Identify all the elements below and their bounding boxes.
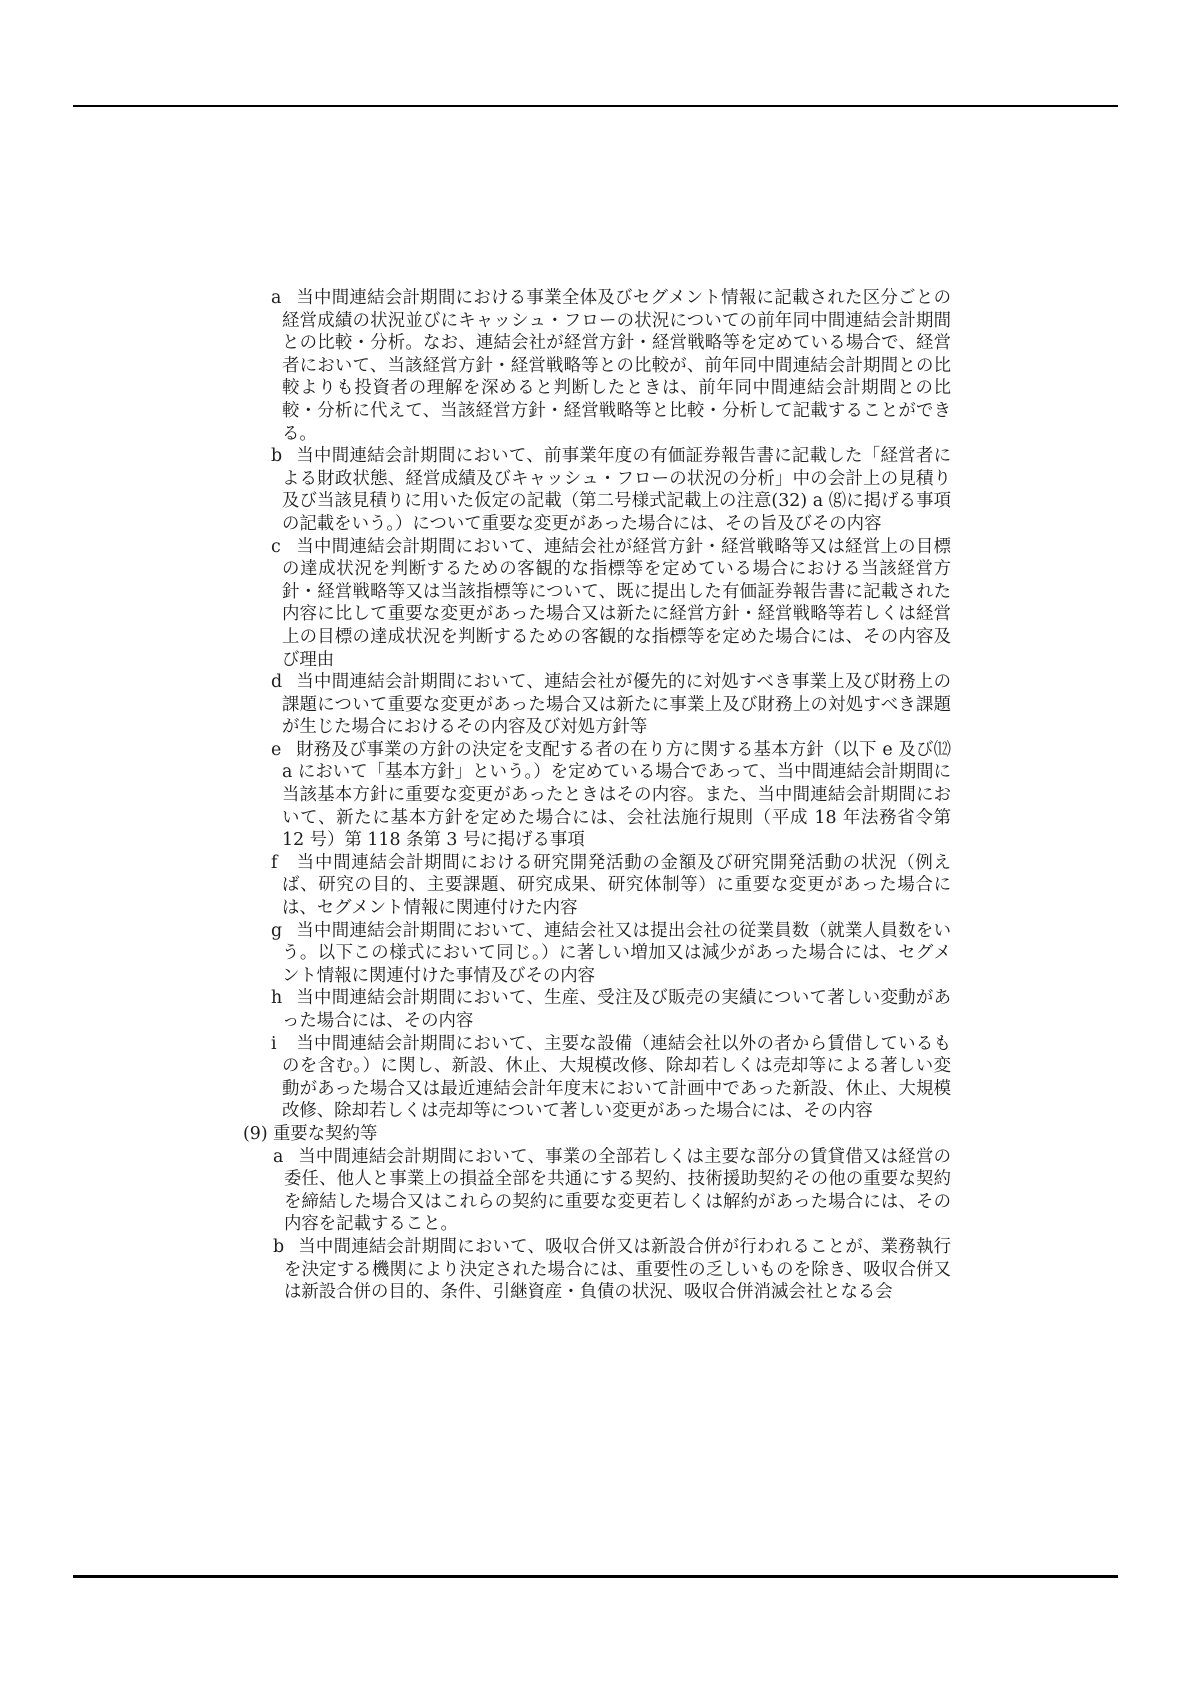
item-marker: i <box>271 1033 296 1056</box>
item-text: 当中間連結会計期間における事業全体及びセグメント情報に記載された区分ごとの経営成… <box>282 288 951 444</box>
item-marker: f <box>271 852 296 875</box>
section-heading: (9)重要な契約等 <box>243 1123 951 1146</box>
document-body: a当中間連結会計期間における事業全体及びセグメント情報に記載された区分ごとの経営… <box>243 287 951 1304</box>
list-item: h当中間連結会計期間において、生産、受注及び販売の実績について著しい変動があった… <box>271 987 951 1032</box>
list-item: f当中間連結会計期間における研究開発活動の金額及び研究開発活動の状況（例えば、研… <box>271 852 951 920</box>
item-text: 財務及び事業の方針の決定を支配する者の在り方に関する基本方針（以下 e 及び⑿ … <box>282 740 951 850</box>
item-text: 当中間連結会計期間における研究開発活動の金額及び研究開発活動の状況（例えば、研究… <box>282 853 951 918</box>
item-text: 当中間連結会計期間において、吸収合併又は新設合併が行われることが、業務執行を決定… <box>284 1237 951 1302</box>
item-text: 重要な契約等 <box>273 1124 377 1144</box>
item-marker: h <box>271 987 296 1010</box>
item-text: 当中間連結会計期間において、連結会社又は提出会社の従業員数（就業人員数をいう。以… <box>282 921 951 986</box>
list-item: c当中間連結会計期間において、連結会社が経営方針・経営戦略等又は経営上の目標の達… <box>271 536 951 672</box>
sub-list-item: a当中間連結会計期間において、事業の全部若しくは主要な部分の賃貸借又は経営の委任… <box>273 1146 951 1236</box>
list-item: b当中間連結会計期間において、前事業年度の有価証券報告書に記載した「経営者による… <box>271 445 951 535</box>
item-text: 当中間連結会計期間において、主要な設備（連結会社以外の者から賃借しているものを含… <box>282 1034 951 1122</box>
list-item: a当中間連結会計期間における事業全体及びセグメント情報に記載された区分ごとの経営… <box>271 287 951 445</box>
header-rule <box>73 105 1118 107</box>
item-text: 当中間連結会計期間において、連結会社が優先的に対処すべき事業上及び財務上の課題に… <box>282 672 951 737</box>
list-item: d当中間連結会計期間において、連結会社が優先的に対処すべき事業上及び財務上の課題… <box>271 671 951 739</box>
item-marker: a <box>273 1146 298 1169</box>
item-marker: b <box>271 445 296 468</box>
item-marker: a <box>271 287 296 310</box>
item-marker: d <box>271 671 296 694</box>
item-text: 当中間連結会計期間において、連結会社が経営方針・経営戦略等又は経営上の目標の達成… <box>282 537 951 670</box>
list-item: i当中間連結会計期間において、主要な設備（連結会社以外の者から賃借しているものを… <box>271 1033 951 1123</box>
item-text: 当中間連結会計期間において、前事業年度の有価証券報告書に記載した「経営者による財… <box>282 446 951 534</box>
footer-rule <box>73 1575 1118 1578</box>
item-marker: c <box>271 536 296 559</box>
item-marker: g <box>271 920 296 943</box>
item-text: 当中間連結会計期間において、生産、受注及び販売の実績について著しい変動があった場… <box>282 988 951 1031</box>
sub-list-item: b当中間連結会計期間において、吸収合併又は新設合併が行われることが、業務執行を決… <box>273 1236 951 1304</box>
item-marker: e <box>271 739 296 762</box>
item-text: 当中間連結会計期間において、事業の全部若しくは主要な部分の賃貸借又は経営の委任、… <box>284 1147 951 1235</box>
item-marker: b <box>273 1236 298 1259</box>
list-item: e財務及び事業の方針の決定を支配する者の在り方に関する基本方針（以下 e 及び⑿… <box>271 739 951 852</box>
list-item: g当中間連結会計期間において、連結会社又は提出会社の従業員数（就業人員数をいう。… <box>271 920 951 988</box>
document-page: a当中間連結会計期間における事業全体及びセグメント情報に記載された区分ごとの経営… <box>0 0 1192 1685</box>
item-marker: (9) <box>243 1123 273 1146</box>
